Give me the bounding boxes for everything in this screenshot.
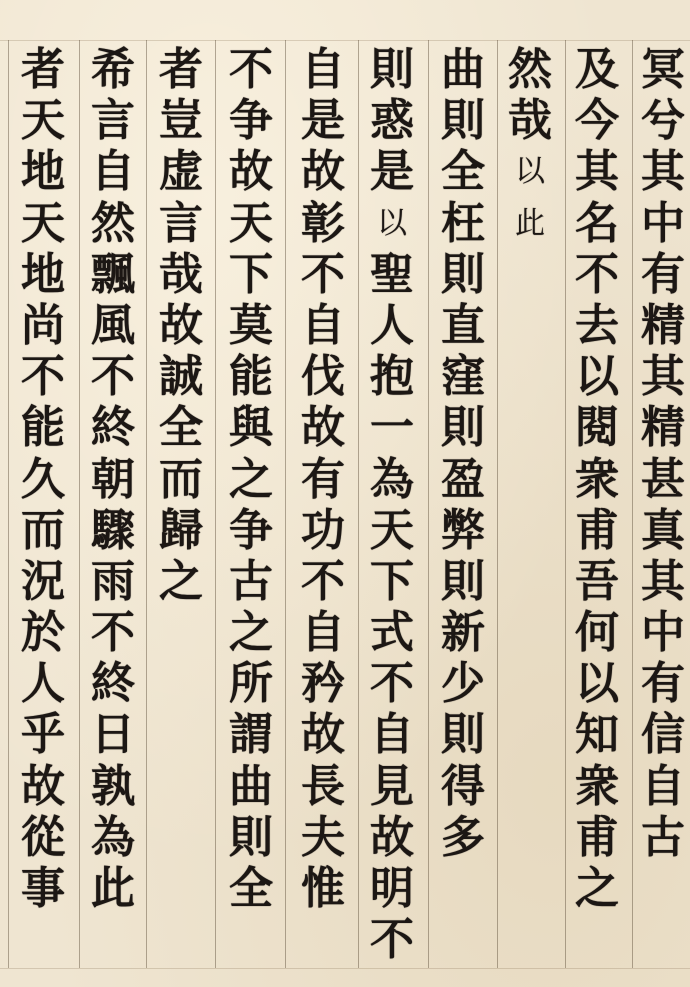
calligraphy-character: 精 [633,402,690,453]
text-column-9: 希言自然飄風不終朝驟雨不終日孰為此 [78,44,148,966]
calligraphy-character: 自 [293,44,353,95]
calligraphy-character: 之 [567,863,627,914]
calligraphy-character: 不 [221,44,281,95]
top-border-line [0,40,690,41]
calligraphy-character: 之 [221,454,281,505]
calligraphy-character: 況 [13,556,73,607]
calligraphy-character: 飄 [83,249,143,300]
bottom-border-line [0,968,690,969]
calligraphy-character: 誠 [151,351,211,402]
calligraphy-character: 為 [83,812,143,863]
calligraphy-character: 言 [151,198,211,249]
calligraphy-character: 精 [633,300,690,351]
calligraphy-sheet: 冥兮其中有精其精甚真其中有信自古 及今其名不去以閱衆甫吾何以知衆甫之 然哉以此 … [0,0,690,987]
calligraphy-character: 不 [83,607,143,658]
calligraphy-character: 不 [293,249,353,300]
calligraphy-character: 於 [13,607,73,658]
calligraphy-character: 朝 [83,454,143,505]
calligraphy-character: 然 [83,198,143,249]
calligraphy-character: 争 [221,95,281,146]
calligraphy-character: 則 [221,812,281,863]
calligraphy-character: 古 [221,556,281,607]
calligraphy-character: 自 [293,607,353,658]
calligraphy-character: 甚 [633,454,690,505]
calligraphy-character: 直 [433,300,493,351]
calligraphy-character: 之 [151,556,211,607]
calligraphy-character: 全 [151,402,211,453]
calligraphy-character: 閱 [567,402,627,453]
calligraphy-character: 功 [293,505,353,556]
calligraphy-character: 而 [151,454,211,505]
calligraphy-character: 此 [500,198,560,249]
calligraphy-character: 人 [13,658,73,709]
calligraphy-character: 自 [83,146,143,197]
calligraphy-character: 夫 [293,812,353,863]
calligraphy-character: 則 [433,709,493,760]
calligraphy-character: 自 [362,709,422,760]
calligraphy-character: 少 [433,658,493,709]
calligraphy-character: 下 [362,556,422,607]
calligraphy-character: 窪 [433,351,493,402]
calligraphy-character: 天 [221,198,281,249]
calligraphy-character: 則 [433,556,493,607]
calligraphy-character: 全 [221,863,281,914]
calligraphy-character: 得 [433,761,493,812]
calligraphy-character: 中 [633,198,690,249]
calligraphy-character: 長 [293,761,353,812]
calligraphy-character: 莫 [221,300,281,351]
text-column-6: 自是故彰不自伐故有功不自矜故長夫惟 [288,44,358,966]
calligraphy-character: 其 [633,146,690,197]
calligraphy-character: 聖 [362,249,422,300]
calligraphy-character: 矜 [293,658,353,709]
calligraphy-character: 久 [13,454,73,505]
calligraphy-character: 言 [83,95,143,146]
calligraphy-character: 新 [433,607,493,658]
calligraphy-character: 去 [567,300,627,351]
calligraphy-character: 何 [567,607,627,658]
calligraphy-character: 人 [362,300,422,351]
calligraphy-character: 甫 [567,505,627,556]
calligraphy-character: 見 [362,761,422,812]
calligraphy-character: 終 [83,658,143,709]
calligraphy-character: 故 [362,812,422,863]
calligraphy-character: 不 [13,351,73,402]
calligraphy-character: 甫 [567,812,627,863]
calligraphy-character: 弊 [433,505,493,556]
calligraphy-character: 枉 [433,198,493,249]
text-column-1: 冥兮其中有精其精甚真其中有信自古 [628,44,690,966]
calligraphy-character: 不 [362,658,422,709]
calligraphy-character: 衆 [567,761,627,812]
calligraphy-character: 不 [83,351,143,402]
calligraphy-character: 豈 [151,95,211,146]
calligraphy-character: 曲 [221,761,281,812]
calligraphy-character: 此 [83,863,143,914]
calligraphy-character: 中 [633,607,690,658]
calligraphy-character: 名 [567,198,627,249]
calligraphy-character: 地 [13,249,73,300]
calligraphy-character: 能 [13,402,73,453]
text-column-8: 者豈虚言哉故誠全而歸之 [146,44,216,966]
calligraphy-character: 故 [293,402,353,453]
calligraphy-character: 雨 [83,556,143,607]
calligraphy-character: 與 [221,402,281,453]
calligraphy-character: 以 [567,658,627,709]
calligraphy-character: 者 [13,44,73,95]
calligraphy-character: 者 [151,44,211,95]
calligraphy-character: 不 [293,556,353,607]
calligraphy-character: 真 [633,505,690,556]
calligraphy-character: 惑 [362,95,422,146]
calligraphy-character: 吾 [567,556,627,607]
calligraphy-character: 從 [13,812,73,863]
calligraphy-character: 則 [433,95,493,146]
calligraphy-character: 其 [633,556,690,607]
calligraphy-character: 希 [83,44,143,95]
text-column-4: 曲則全枉則直窪則盈弊則新少則得多 [428,44,498,966]
calligraphy-character: 不 [567,249,627,300]
calligraphy-character: 孰 [83,761,143,812]
text-column-3: 然哉以此 [495,44,565,966]
calligraphy-character: 天 [13,198,73,249]
calligraphy-character: 以 [567,351,627,402]
calligraphy-character: 古 [633,812,690,863]
calligraphy-character: 惟 [293,863,353,914]
calligraphy-character: 謂 [221,709,281,760]
calligraphy-character: 日 [83,709,143,760]
calligraphy-character: 抱 [362,351,422,402]
calligraphy-character: 其 [567,146,627,197]
calligraphy-character: 衆 [567,454,627,505]
calligraphy-character: 以 [500,146,560,197]
text-column-5: 則惑是以聖人抱一為天下式不自見故明不 [357,44,427,966]
calligraphy-character: 故 [13,761,73,812]
calligraphy-character: 其 [633,351,690,402]
calligraphy-character: 以 [362,198,422,249]
calligraphy-character: 然 [500,44,560,95]
calligraphy-character: 天 [362,505,422,556]
calligraphy-character: 曲 [433,44,493,95]
calligraphy-character: 尚 [13,300,73,351]
calligraphy-character: 有 [633,658,690,709]
calligraphy-character: 故 [293,146,353,197]
calligraphy-character: 能 [221,351,281,402]
calligraphy-character: 信 [633,709,690,760]
calligraphy-character: 及 [567,44,627,95]
calligraphy-character: 自 [293,300,353,351]
calligraphy-character: 之 [221,607,281,658]
calligraphy-character: 是 [362,146,422,197]
calligraphy-character: 彰 [293,198,353,249]
calligraphy-character: 哉 [151,249,211,300]
calligraphy-character: 式 [362,607,422,658]
calligraphy-character: 自 [633,761,690,812]
calligraphy-character: 則 [362,44,422,95]
calligraphy-character: 所 [221,658,281,709]
calligraphy-character: 風 [83,300,143,351]
calligraphy-character: 歸 [151,505,211,556]
calligraphy-character: 則 [433,402,493,453]
calligraphy-character: 全 [433,146,493,197]
calligraphy-character: 則 [433,249,493,300]
calligraphy-character: 為 [362,454,422,505]
calligraphy-character: 故 [293,709,353,760]
calligraphy-character: 伐 [293,351,353,402]
calligraphy-character: 盈 [433,454,493,505]
calligraphy-character: 是 [293,95,353,146]
calligraphy-character: 今 [567,95,627,146]
text-column-7: 不争故天下莫能與之争古之所謂曲則全 [216,44,286,966]
calligraphy-character: 一 [362,402,422,453]
calligraphy-character: 故 [221,146,281,197]
calligraphy-character: 不 [362,914,422,965]
calligraphy-character: 有 [633,249,690,300]
calligraphy-character: 乎 [13,709,73,760]
text-column-2: 及今其名不去以閱衆甫吾何以知衆甫之 [562,44,632,966]
calligraphy-character: 兮 [633,95,690,146]
calligraphy-character: 知 [567,709,627,760]
calligraphy-character: 地 [13,146,73,197]
calligraphy-character: 虚 [151,146,211,197]
calligraphy-character: 終 [83,402,143,453]
calligraphy-character: 驟 [83,505,143,556]
calligraphy-character: 天 [13,95,73,146]
calligraphy-character: 多 [433,812,493,863]
calligraphy-character: 哉 [500,95,560,146]
calligraphy-character: 明 [362,863,422,914]
calligraphy-character: 有 [293,454,353,505]
calligraphy-character: 争 [221,505,281,556]
calligraphy-character: 冥 [633,44,690,95]
calligraphy-character: 故 [151,300,211,351]
calligraphy-character: 下 [221,249,281,300]
calligraphy-character: 而 [13,505,73,556]
calligraphy-character: 事 [13,863,73,914]
text-column-10: 者天地天地尚不能久而況於人乎故從事 [8,44,78,966]
